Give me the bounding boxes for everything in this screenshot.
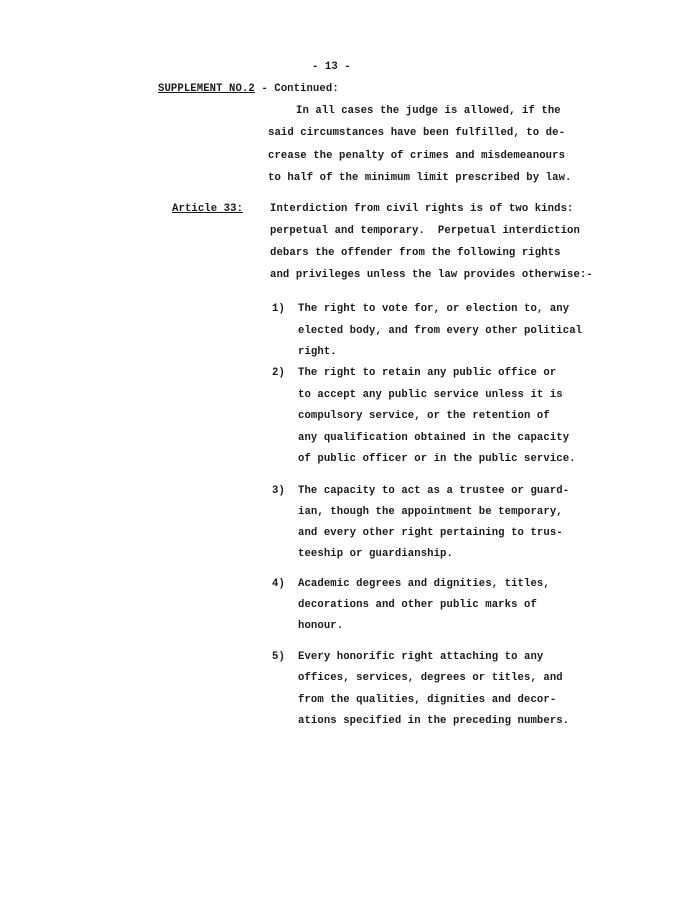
article-line: debars the offender from the following r… [270, 246, 561, 260]
item-line: from the qualities, dignities and decor- [298, 693, 556, 707]
item-line: ations specified in the preceding number… [298, 714, 569, 728]
section-heading: SUPPLEMENT NO.2 - Continued: [158, 82, 339, 96]
item-line: The right to retain any public office or [298, 366, 556, 380]
item-line: Every honorific right attaching to any [298, 650, 543, 664]
item-line: compulsory service, or the retention of [298, 409, 550, 423]
item-line: any qualification obtained in the capaci… [298, 431, 569, 445]
item-line: and every other right pertaining to trus… [298, 526, 563, 540]
item-line: to accept any public service unless it i… [298, 388, 563, 402]
heading-suffix: - Continued: [255, 83, 339, 95]
item-number: 3) [272, 484, 285, 498]
item-line: The capacity to act as a trustee or guar… [298, 484, 569, 498]
article-line: and privileges unless the law provides o… [270, 268, 593, 282]
article-line: perpetual and temporary. Perpetual inter… [270, 224, 580, 238]
item-line: offices, services, degrees or titles, an… [298, 671, 563, 685]
item-number: 4) [272, 577, 285, 591]
item-line: elected body, and from every other polit… [298, 324, 582, 338]
page-number: - 13 - [312, 60, 351, 74]
paragraph-line: said circumstances have been fulfilled, … [268, 126, 565, 140]
item-number: 2) [272, 366, 285, 380]
item-line: Academic degrees and dignities, titles, [298, 577, 550, 591]
document-page: - 13 - SUPPLEMENT NO.2 - Continued: In a… [0, 0, 700, 906]
paragraph-line: to half of the minimum limit prescribed … [268, 171, 572, 185]
item-line: The right to vote for, or election to, a… [298, 302, 569, 316]
item-number: 5) [272, 650, 285, 664]
article-line: Interdiction from civil rights is of two… [270, 202, 574, 216]
item-line: of public officer or in the public servi… [298, 452, 576, 466]
item-line: teeship or guardianship. [298, 547, 453, 561]
item-line: honour. [298, 619, 343, 633]
paragraph-line: In all cases the judge is allowed, if th… [296, 104, 561, 118]
supplement-title: SUPPLEMENT NO.2 [158, 83, 255, 95]
item-number: 1) [272, 302, 285, 316]
item-line: decorations and other public marks of [298, 598, 537, 612]
item-line: ian, though the appointment be temporary… [298, 505, 563, 519]
item-line: right. [298, 345, 337, 359]
paragraph-line: crease the penalty of crimes and misdeme… [268, 149, 565, 163]
article-label: Article 33: [172, 202, 243, 216]
